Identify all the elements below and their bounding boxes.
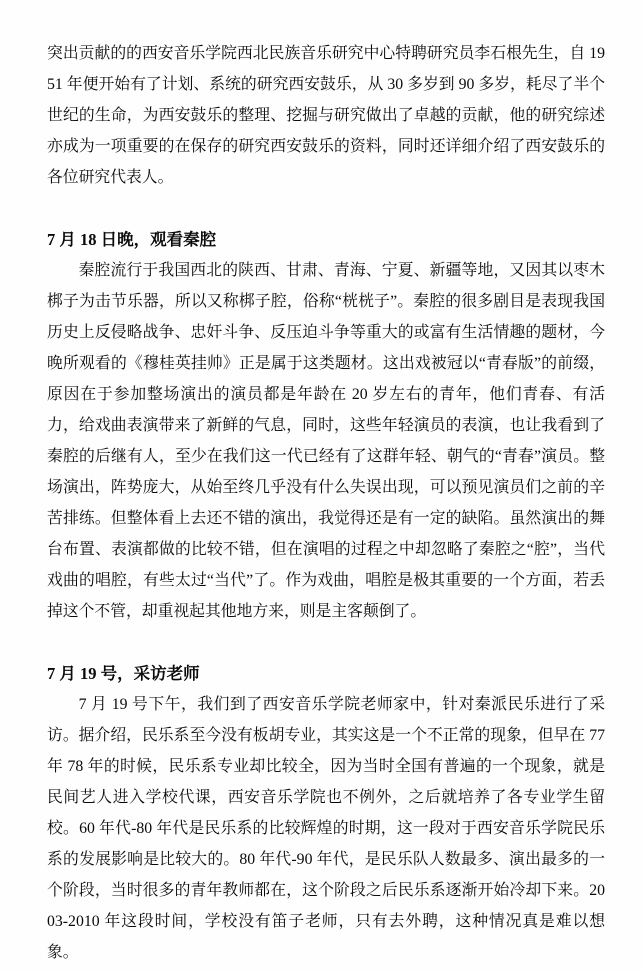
document-content: 突出贡献的的西安音乐学院西北民族音乐研究中心特聘研究员李石根先生，自 1951 … (47, 38, 605, 968)
paragraph-teacher-interview: 7 月 19 号下午，我们到了西安音乐学院老师家中，针对秦派民乐进行了采访。据介… (47, 689, 605, 968)
paragraph-opening-continuation: 突出贡献的的西安音乐学院西北民族音乐研究中心特聘研究员李石根先生，自 1951 … (47, 38, 605, 193)
paragraph-qinqiang-performance: 秦腔流行于我国西北的陕西、甘肃、青海、宁夏、新疆等地，又因其以枣木梆子为击节乐器… (47, 255, 605, 627)
section-heading-july-19: 7 月 19 号，采访老师 (47, 658, 605, 689)
document-page: 突出贡献的的西安音乐学院西北民族音乐研究中心特聘研究员李石根先生，自 1951 … (0, 0, 642, 971)
section-heading-july-18: 7 月 18 日晚，观看秦腔 (47, 224, 605, 255)
